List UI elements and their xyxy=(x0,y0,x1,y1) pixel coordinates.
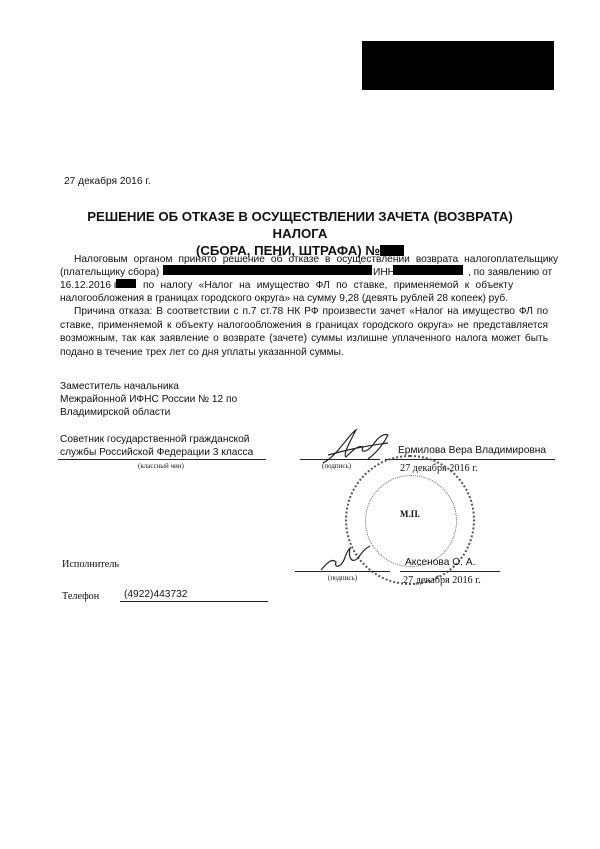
phone-underline xyxy=(120,601,268,602)
rank-line-1: Советник государственной гражданской xyxy=(60,433,249,446)
phone-value: (4922)443732 xyxy=(124,588,187,601)
position-line-3: Владимирской области xyxy=(60,406,170,419)
stamp-mp-label: М.П. xyxy=(347,509,473,519)
rank-underline xyxy=(58,459,266,460)
inn-label: ИНН xyxy=(373,266,395,279)
executor-signature-line xyxy=(295,571,390,572)
rank-caption: (классный чин) xyxy=(138,462,184,470)
redacted-taxpayer-name xyxy=(163,265,372,275)
executor-name: Аксенова О. А. xyxy=(405,556,475,569)
executor-label: Исполнитель xyxy=(62,558,119,571)
title-line-1: РЕШЕНИЕ ОБ ОТКАЗЕ В ОСУЩЕСТВЛЕНИИ ЗАЧЕТА… xyxy=(60,208,540,242)
redacted-application-number xyxy=(116,279,136,288)
redacted-inn xyxy=(393,265,463,275)
paragraph-1-line-3: по налогу «Налог на имущество ФЛ по став… xyxy=(143,279,513,292)
paragraph-1-line-2: (плательщику сбора) xyxy=(60,266,159,279)
rank-line-2: службы Российской Федерации 3 класса xyxy=(60,446,253,459)
redacted-header-block xyxy=(362,41,554,90)
paragraph-1-line-2-end: , по заявлению от xyxy=(468,266,552,279)
stamp-inner-ring xyxy=(365,475,457,567)
executor-date: 27 декабря 2016 г. xyxy=(403,574,481,587)
phone-label: Телефон xyxy=(62,590,99,603)
paragraph-2-refusal-reason: Причина отказа: В соответствии с п.7 ст.… xyxy=(60,305,548,359)
position-line-1: Заместитель начальника xyxy=(60,380,179,393)
paragraph-1-line-4: налогообложения в границах городского ок… xyxy=(60,292,508,305)
executor-name-underline xyxy=(400,571,500,572)
document-date: 27 декабря 2016 г. xyxy=(64,175,151,188)
position-line-2: Межрайонной ИФНС России № 12 по xyxy=(60,393,237,406)
executor-signature-icon xyxy=(318,540,378,575)
executor-signature-caption: (подпись) xyxy=(328,574,357,582)
document-title: РЕШЕНИЕ ОБ ОТКАЗЕ В ОСУЩЕСТВЛЕНИИ ЗАЧЕТА… xyxy=(60,208,540,259)
